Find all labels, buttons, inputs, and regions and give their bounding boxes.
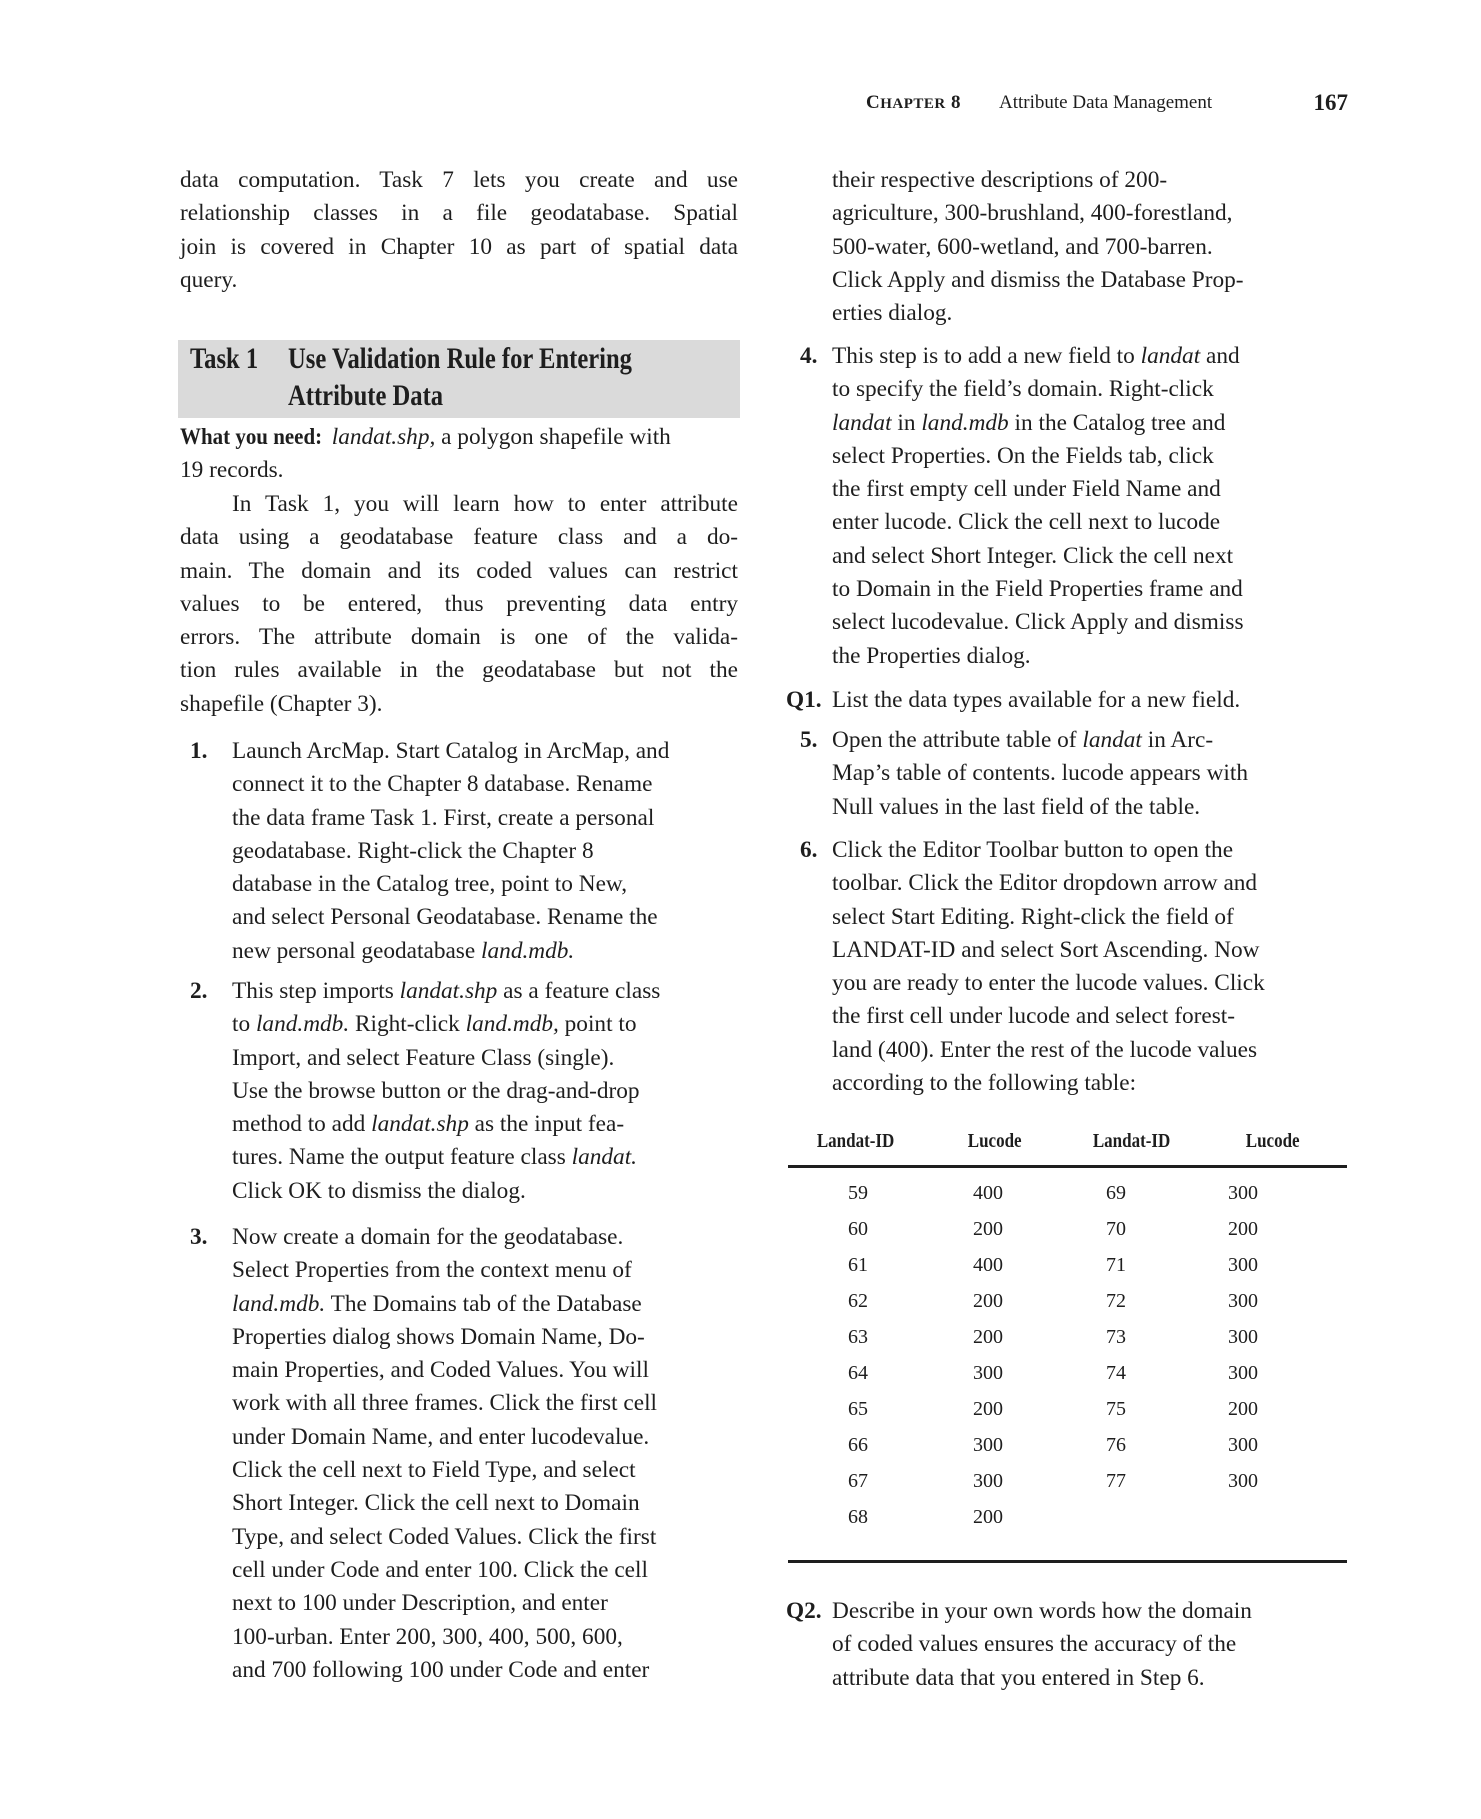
table-cell: 59 — [818, 1182, 898, 1205]
text-line: method to add landat.shp as the input fe… — [232, 1108, 740, 1141]
table-cell: 300 — [1203, 1434, 1283, 1457]
table-cell: 300 — [1203, 1254, 1283, 1277]
text-line: to land.mdb. Right-click land.mdb, point… — [232, 1008, 740, 1041]
text-line: In Task 1, you will learn how to enter a… — [180, 488, 738, 521]
text-line: the Properties dialog. — [832, 640, 1348, 673]
table-cell: 69 — [1076, 1182, 1156, 1205]
table-cell: 65 — [818, 1398, 898, 1421]
table-cell: 400 — [948, 1182, 1028, 1205]
table-cell: 200 — [948, 1506, 1028, 1529]
table-cell: 300 — [948, 1434, 1028, 1457]
need-file: landat.shp, — [332, 424, 436, 450]
text-line: Click the cell next to Field Type, and s… — [232, 1454, 740, 1487]
table-cell: 77 — [1076, 1470, 1156, 1493]
text-line: Now create a domain for the geodatabase. — [232, 1221, 740, 1254]
text-line: toolbar. Click the Editor dropdown arrow… — [832, 867, 1348, 900]
text-span: in Arc- — [1142, 727, 1213, 753]
need-text: a polygon shapefile with — [435, 424, 671, 450]
filename: land.mdb. — [256, 1011, 349, 1037]
task-description: In Task 1, you will learn how to enter a… — [180, 488, 738, 721]
text-line: Click OK to dismiss the dialog. — [232, 1175, 740, 1208]
text-span: and — [1200, 343, 1239, 369]
filename: landat — [1141, 343, 1201, 369]
table-cell: 300 — [1203, 1326, 1283, 1349]
text-line: landat in land.mdb in the Catalog tree a… — [832, 407, 1348, 440]
filename: landat. — [572, 1144, 637, 1170]
filename: land.mdb, — [466, 1011, 559, 1037]
page-number: 167 — [1314, 90, 1349, 116]
text-line: geodatabase. Right-click the Chapter 8 — [232, 835, 740, 868]
text-span: in — [892, 410, 922, 436]
text-span: This step imports — [232, 978, 400, 1004]
text-line: Properties dialog shows Domain Name, Do- — [232, 1321, 740, 1354]
table-cell: 67 — [818, 1470, 898, 1493]
text-span: as a feature class — [497, 978, 660, 1004]
text-line: Select Properties from the context menu … — [232, 1254, 740, 1287]
text-line: agriculture, 300-brushland, 400-forestla… — [832, 197, 1348, 230]
table-header: Landat-ID Lucode Landat-ID Lucode — [788, 1122, 1347, 1162]
table-cell: 62 — [818, 1290, 898, 1313]
filename: land.mdb. — [481, 938, 574, 964]
table-cell: 300 — [948, 1470, 1028, 1493]
text-line: their respective descriptions of 200- — [832, 164, 1348, 197]
step-number: 4. — [800, 340, 817, 373]
chapter-label-smallcaps: HAPTER — [880, 96, 946, 112]
filename: landat — [832, 410, 892, 436]
table-cell: 75 — [1076, 1398, 1156, 1421]
table-cell: 200 — [1203, 1218, 1283, 1241]
text-line: 500-water, 600-wetland, and 700-barren. — [832, 231, 1348, 264]
step-body: Launch ArcMap. Start Catalog in ArcMap, … — [232, 735, 740, 968]
task-number: Task 1 — [190, 340, 258, 377]
header-rule — [788, 1165, 1347, 1168]
intro-paragraph: data computation. Task 7 lets you create… — [180, 164, 738, 297]
text-line: values to be entered, thus preventing da… — [180, 588, 738, 621]
text-line: enter lucode. Click the cell next to luc… — [832, 506, 1348, 539]
step-3-continued: their respective descriptions of 200- ag… — [832, 164, 1348, 330]
text-line: Launch ArcMap. Start Catalog in ArcMap, … — [232, 735, 740, 768]
text-line: and select Personal Geodatabase. Rename … — [232, 901, 740, 934]
text-span: in the Catalog tree and — [1009, 410, 1226, 436]
table-cell: 300 — [948, 1362, 1028, 1385]
need-label: What you need: — [180, 421, 322, 454]
lucode-table: Landat-ID Lucode Landat-ID Lucode 59 400… — [788, 1122, 1347, 1567]
table-cell: 72 — [1076, 1290, 1156, 1313]
table-cell: 300 — [1203, 1182, 1283, 1205]
chapter-label: CHAPTER 8 — [866, 92, 961, 114]
text-line: new personal geodatabase land.mdb. — [232, 935, 740, 968]
column-header: Lucode — [1246, 1130, 1300, 1153]
text-line: Type, and select Coded Values. Click the… — [232, 1521, 740, 1554]
filename: landat — [1082, 727, 1142, 753]
table-cell: 200 — [1203, 1398, 1283, 1421]
table-cell: 300 — [1203, 1290, 1283, 1313]
table-cell: 66 — [818, 1434, 898, 1457]
chapter-label-initial: C — [866, 92, 880, 113]
text-line: 19 records. — [180, 454, 738, 487]
filename: landat.shp — [400, 978, 498, 1004]
task-title: Use Validation Rule for Entering Attribu… — [288, 340, 632, 414]
step-body: Now create a domain for the geodatabase.… — [232, 1221, 740, 1687]
table-cell: 200 — [948, 1398, 1028, 1421]
filename: land.mdb. — [232, 1291, 325, 1317]
text-line: Use the browse button or the drag-and-dr… — [232, 1075, 740, 1108]
chapter-title: Attribute Data Management — [999, 92, 1212, 114]
table-cell: 200 — [948, 1290, 1028, 1313]
text-line: relationship classes in a file geodataba… — [180, 197, 738, 230]
table-cell: 64 — [818, 1362, 898, 1385]
text-line: main. The domain and its coded values ca… — [180, 555, 738, 588]
step-number: 3. — [190, 1221, 207, 1254]
text-line: errors. The attribute domain is one of t… — [180, 621, 738, 654]
text-line: query. — [180, 264, 738, 297]
text-span: to — [232, 1011, 256, 1037]
question-body: List the data types available for a new … — [832, 684, 1348, 717]
text-span: The Domains tab of the Database — [325, 1291, 642, 1317]
text-line: land (400). Enter the rest of the lucode… — [832, 1034, 1348, 1067]
text-line: data using a geodatabase feature class a… — [180, 521, 738, 554]
running-header: CHAPTER 8 Attribute Data Management 167 — [866, 92, 1348, 122]
question-body: Describe in your own words how the domai… — [832, 1595, 1348, 1695]
text-line: data computation. Task 7 lets you create… — [180, 164, 738, 197]
text-line: work with all three frames. Click the fi… — [232, 1387, 740, 1420]
text-line: This step imports landat.shp as a featur… — [232, 975, 740, 1008]
text-line: Open the attribute table of landat in Ar… — [832, 724, 1348, 757]
text-line: land.mdb. The Domains tab of the Databas… — [232, 1288, 740, 1321]
text-line: of coded values ensures the accuracy of … — [832, 1628, 1348, 1661]
text-line: Null values in the last field of the tab… — [832, 791, 1348, 824]
text-line: 100-urban. Enter 200, 300, 400, 500, 600… — [232, 1621, 740, 1654]
text-line: the first empty cell under Field Name an… — [832, 473, 1348, 506]
text-line: join is covered in Chapter 10 as part of… — [180, 231, 738, 264]
table-cell: 400 — [948, 1254, 1028, 1277]
step-number: 5. — [800, 724, 817, 757]
text-line: LANDAT-ID and select Sort Ascending. Now — [832, 934, 1348, 967]
text-line: according to the following table: — [832, 1067, 1348, 1100]
text-line: the first cell under lucode and select f… — [832, 1000, 1348, 1033]
step-body: This step is to add a new field to landa… — [832, 340, 1348, 673]
task-title-line: Use Validation Rule for Entering — [288, 340, 632, 377]
text-span: This step is to add a new field to — [832, 343, 1141, 369]
text-line: List the data types available for a new … — [832, 684, 1348, 717]
table-cell: 76 — [1076, 1434, 1156, 1457]
text-line: attribute data that you entered in Step … — [832, 1662, 1348, 1695]
text-span: method to add — [232, 1111, 371, 1137]
text-line: Describe in your own words how the domai… — [832, 1595, 1348, 1628]
text-line: select Start Editing. Right-click the fi… — [832, 901, 1348, 934]
text-line: erties dialog. — [832, 297, 1348, 330]
text-line: and select Short Integer. Click the cell… — [832, 540, 1348, 573]
text-line: Map’s table of contents. lucode appears … — [832, 757, 1348, 790]
text-span: Open the attribute table of — [832, 727, 1082, 753]
table-cell: 71 — [1076, 1254, 1156, 1277]
table-cell: 200 — [948, 1218, 1028, 1241]
text-line: to Domain in the Field Properties frame … — [832, 573, 1348, 606]
table-cell: 63 — [818, 1326, 898, 1349]
text-line: next to 100 under Description, and enter — [232, 1587, 740, 1620]
text-line: What you need: landat.shp, a polygon sha… — [180, 421, 738, 454]
table-cell: 68 — [818, 1506, 898, 1529]
step-body: Open the attribute table of landat in Ar… — [832, 724, 1348, 824]
table-cell: 60 — [818, 1218, 898, 1241]
question-number: Q1. — [786, 684, 822, 717]
text-line: This step is to add a new field to landa… — [832, 340, 1348, 373]
text-line: tion rules available in the geodatabase … — [180, 654, 738, 687]
text-line: main Properties, and Coded Values. You w… — [232, 1354, 740, 1387]
step-number: 6. — [800, 834, 817, 867]
text-line: the data frame Task 1. First, create a p… — [232, 802, 740, 835]
text-span: point to — [559, 1011, 637, 1037]
step-number: 2. — [190, 975, 207, 1008]
text-line: database in the Catalog tree, point to N… — [232, 868, 740, 901]
text-line: select lucodevalue. Click Apply and dism… — [832, 606, 1348, 639]
table-cell: 73 — [1076, 1326, 1156, 1349]
column-header: Landat-ID — [817, 1130, 894, 1153]
text-line: tures. Name the output feature class lan… — [232, 1141, 740, 1174]
text-line: shapefile (Chapter 3). — [180, 688, 738, 721]
step-body: Click the Editor Toolbar button to open … — [832, 834, 1348, 1100]
chapter-number: 8 — [951, 92, 961, 113]
text-line: under Domain Name, and enter lucodevalue… — [232, 1421, 740, 1454]
text-line: select Properties. On the Fields tab, cl… — [832, 440, 1348, 473]
step-number: 1. — [190, 735, 207, 768]
text-line: Click the Editor Toolbar button to open … — [832, 834, 1348, 867]
text-line: connect it to the Chapter 8 database. Re… — [232, 768, 740, 801]
column-header: Lucode — [968, 1130, 1022, 1153]
text-line: Import, and select Feature Class (single… — [232, 1042, 740, 1075]
table-cell: 300 — [1203, 1470, 1283, 1493]
text-line: cell under Code and enter 100. Click the… — [232, 1554, 740, 1587]
task-title-line: Attribute Data — [288, 377, 632, 414]
table-cell: 200 — [948, 1326, 1028, 1349]
question-number: Q2. — [786, 1595, 822, 1628]
step-body: This step imports landat.shp as a featur… — [232, 975, 740, 1208]
filename: landat.shp — [371, 1111, 469, 1137]
bottom-rule — [788, 1560, 1347, 1563]
text-line: and 700 following 100 under Code and ent… — [232, 1654, 740, 1687]
text-line: Click Apply and dismiss the Database Pro… — [832, 264, 1348, 297]
text-line: Short Integer. Click the cell next to Do… — [232, 1487, 740, 1520]
text-line: to specify the field’s domain. Right-cli… — [832, 373, 1348, 406]
text-line: you are ready to enter the lucode values… — [832, 967, 1348, 1000]
table-cell: 70 — [1076, 1218, 1156, 1241]
task-heading: Task 1 Use Validation Rule for Entering … — [178, 340, 740, 418]
text-span: Right-click — [349, 1011, 465, 1037]
text-span: new personal geodatabase — [232, 938, 481, 964]
text-span: tures. Name the output feature class — [232, 1144, 572, 1170]
table-cell: 74 — [1076, 1362, 1156, 1385]
filename: land.mdb — [921, 410, 1008, 436]
column-header: Landat-ID — [1093, 1130, 1170, 1153]
table-cell: 61 — [818, 1254, 898, 1277]
what-you-need: What you need: landat.shp, a polygon sha… — [180, 421, 738, 488]
table-cell: 300 — [1203, 1362, 1283, 1385]
text-span: as the input fea- — [469, 1111, 624, 1137]
